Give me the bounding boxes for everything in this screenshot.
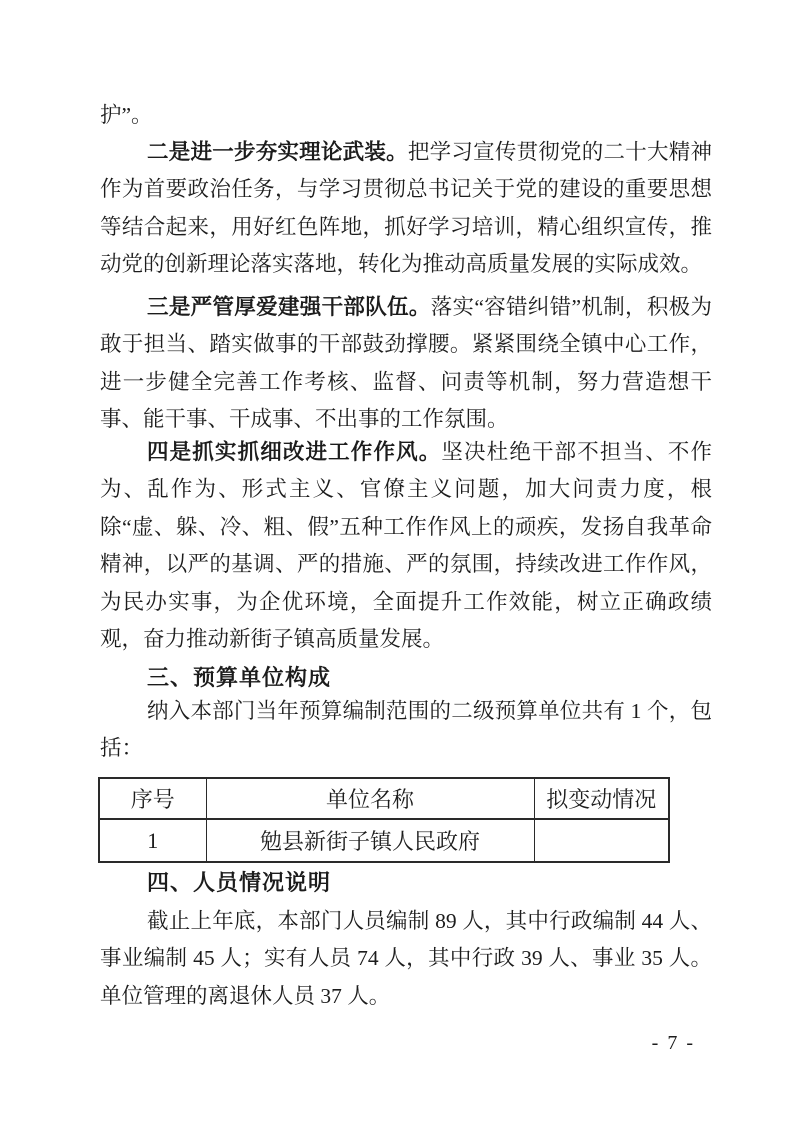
table-header-unit-name: 单位名称 xyxy=(206,778,534,819)
table-header-index: 序号 xyxy=(99,778,206,819)
table-header-change: 拟变动情况 xyxy=(534,778,669,819)
table-header-row: 序号 单位名称 拟变动情况 xyxy=(99,778,669,819)
table-row: 1 勉县新街子镇人民政府 xyxy=(99,819,669,862)
section-heading-personnel: 四、人员情况说明 xyxy=(147,864,331,901)
table-cell-index: 1 xyxy=(99,819,206,862)
budget-units-table: 序号 单位名称 拟变动情况 1 勉县新街子镇人民政府 xyxy=(98,777,670,863)
budget-units-intro: 纳入本部门当年预算编制范围的二级预算单位共有 1 个，包括： xyxy=(100,693,712,768)
paragraph-point-four-text: 坚决杜绝干部不担当、不作为、乱作为、形式主义、官僚主义问题，加大问责力度，根除“… xyxy=(100,440,712,651)
personnel-paragraph: 截止上年底，本部门人员编制 89 人，其中行政编制 44 人、事业编制 45 人… xyxy=(100,903,712,1015)
page-number: - 7 - xyxy=(652,1031,695,1055)
paragraph-continuation: 护”。 xyxy=(100,97,712,134)
paragraph-point-two: 二是进一步夯实理论武装。把学习宣传贯彻党的二十大精神作为首要政治任务，与学习贯彻… xyxy=(100,134,712,284)
paragraph-point-four-lead: 四是抓实抓细改进工作作风。 xyxy=(147,440,441,464)
table-cell-change xyxy=(534,819,669,862)
table-cell-unit-name: 勉县新街子镇人民政府 xyxy=(206,819,534,862)
paragraph-point-two-lead: 二是进一步夯实理论武装。 xyxy=(147,140,408,164)
paragraph-point-three: 三是严管厚爱建强干部队伍。落实“容错纠错”机制，积极为敢于担当、踏实做事的干部鼓… xyxy=(100,289,712,439)
document-page: 护”。 二是进一步夯实理论武装。把学习宣传贯彻党的二十大精神作为首要政治任务，与… xyxy=(0,0,793,1122)
section-heading-budget-units: 三、预算单位构成 xyxy=(147,659,331,696)
paragraph-point-three-lead: 三是严管厚爱建强干部队伍。 xyxy=(147,295,431,319)
paragraph-point-four: 四是抓实抓细改进工作作风。坚决杜绝干部不担当、不作为、乱作为、形式主义、官僚主义… xyxy=(100,434,712,658)
